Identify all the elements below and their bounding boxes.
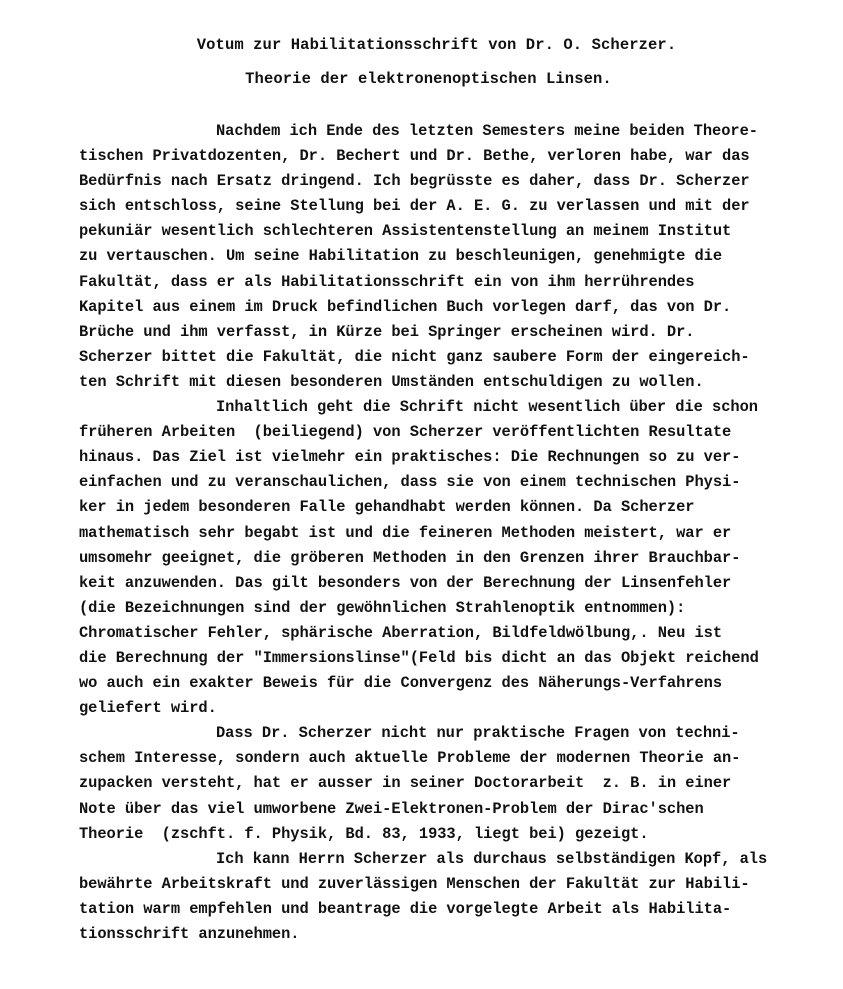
text-line: früheren Arbeiten (beiliegend) von Scher… <box>79 420 839 445</box>
text-line: umsomehr geeignet, die gröberen Methoden… <box>79 546 839 571</box>
text-line: Brüche und ihm verfasst, in Kürze bei Sp… <box>79 320 839 345</box>
document-title: Votum zur Habilitationsschrift von Dr. O… <box>15 36 843 54</box>
text-line: mathematisch sehr begabt ist und die fei… <box>79 521 839 546</box>
text-line: (die Bezeichnungen sind der gewöhnlichen… <box>79 596 839 621</box>
text-line: Chromatischer Fehler, sphärische Aberrat… <box>79 621 839 646</box>
text-line: tionsschrift anzunehmen. <box>79 922 839 947</box>
text-line: Fakultät, dass er als Habilitationsschri… <box>79 270 839 295</box>
text-line: Scherzer bittet die Fakultät, die nicht … <box>79 345 839 370</box>
text-line: tischen Privatdozenten, Dr. Bechert und … <box>79 144 839 169</box>
text-line: geliefert wird. <box>79 696 839 721</box>
text-line: Ich kann Herrn Scherzer als durchaus sel… <box>79 847 839 872</box>
document-subtitle: Theorie der elektronenoptischen Linsen. <box>7 70 843 88</box>
text-line: ten Schrift mit diesen besonderen Umstän… <box>79 370 839 395</box>
text-line: zupacken versteht, hat er ausser in sein… <box>79 771 839 796</box>
text-line: keit anzuwenden. Das gilt besonders von … <box>79 571 839 596</box>
text-line: Theorie (zschft. f. Physik, Bd. 83, 1933… <box>79 822 839 847</box>
text-line: tation warm empfehlen und beantrage die … <box>79 897 839 922</box>
text-line: zu vertauschen. Um seine Habilitation zu… <box>79 244 839 269</box>
text-line: wo auch ein exakter Beweis für die Conve… <box>79 671 839 696</box>
document-page: Votum zur Habilitationsschrift von Dr. O… <box>0 0 843 989</box>
text-line: pekuniär wesentlich schlechteren Assiste… <box>79 219 839 244</box>
document-body: Nachdem ich Ende des letzten Semesters m… <box>79 119 839 947</box>
text-line: ker in jedem besonderen Falle gehandhabt… <box>79 495 839 520</box>
text-line: einfachen und zu veranschaulichen, dass … <box>79 470 839 495</box>
text-line: Nachdem ich Ende des letzten Semesters m… <box>79 119 839 144</box>
text-line: Dass Dr. Scherzer nicht nur praktische F… <box>79 721 839 746</box>
text-line: Note über das viel umworbene Zwei-Elektr… <box>79 797 839 822</box>
text-line: die Berechnung der "Immersionslinse"(Fel… <box>79 646 839 671</box>
text-line: hinaus. Das Ziel ist vielmehr ein prakti… <box>79 445 839 470</box>
text-line: Inhaltlich geht die Schrift nicht wesent… <box>79 395 839 420</box>
text-line: Kapitel aus einem im Druck befindlichen … <box>79 295 839 320</box>
text-line: schem Interesse, sondern auch aktuelle P… <box>79 746 839 771</box>
text-line: sich entschloss, seine Stellung bei der … <box>79 194 839 219</box>
text-line: bewährte Arbeitskraft und zuverlässigen … <box>79 872 839 897</box>
text-line: Bedürfnis nach Ersatz dringend. Ich begr… <box>79 169 839 194</box>
